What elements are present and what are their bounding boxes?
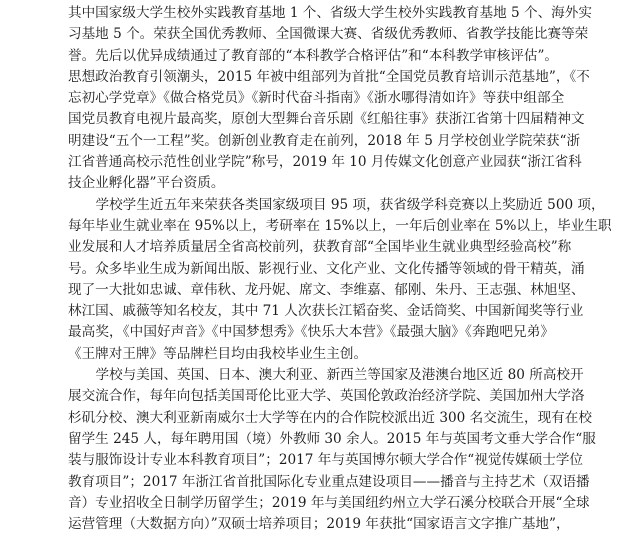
text-line: 其中国家级大学生校外实践教育基地 1 个、省级大学生校外实践教育基地 5 个、海… — [68, 3, 554, 24]
text-line: 林江国、戚薇等知名校友，其中 71 人次获长江韬奋奖、金话筒奖、中国新闻奖等行业 — [68, 301, 554, 322]
text-line: 杉矶分校、澳大利亚新南威尔士大学等在内的合作院校派出近 300 名交流生，现有在… — [68, 408, 554, 429]
text-line: 学校学生近五年来荣获各类国家级项目 95 项，获省级学科竞赛以上奖励近 500 … — [68, 195, 554, 216]
text-line: 忘初心学党章》《做合格党员》《新时代奋斗指南》《浙水哪得清如许》等获中组部全 — [68, 88, 554, 109]
text-line: 音）专业招收全日制学历留学生；2019 年与美国纽约州立大学石溪分校联合开展“全… — [68, 493, 554, 514]
text-line: 誉。先后以优异成绩通过了教育部的“本科教学合格评估”和“本科教学审核评估”。 — [68, 46, 554, 67]
paragraph-international: 学校与美国、英国、日本、澳大利亚、新西兰等国家及港澳台地区近 80 所高校开 展… — [68, 365, 554, 533]
text-line: 思想政治教育引领潮头，2015 年被中组部列为首批“全国党员教育培训示范基地”，… — [68, 67, 554, 88]
text-line: 江省普通高校示范性创业学院”称号，2019 年 10 月传媒文化创意产业园获“浙… — [68, 152, 554, 173]
paragraph-students: 学校学生近五年来荣获各类国家级项目 95 项，获省级学科竞赛以上奖励近 500 … — [68, 195, 554, 365]
text-line: 装与服饰设计专业本科教育项目”；2017 年与英国博尔顿大学合作“视觉传媒硕士学… — [68, 450, 554, 471]
document-page: 其中国家级大学生校外实践教育基地 1 个、省级大学生校外实践教育基地 5 个、海… — [68, 3, 554, 533]
text-line: 留学生 245 人，每年聘用国（境）外教师 30 余人。2015 年与英国考文垂… — [68, 429, 554, 450]
paragraph-achievements: 其中国家级大学生校外实践教育基地 1 个、省级大学生校外实践教育基地 5 个、海… — [68, 3, 554, 195]
text-line: 教育项目”；2017 年浙江省首批国际化专业重点建设项目——播音与主持艺术（双语… — [68, 472, 554, 493]
text-line: 国党员教育电视片最高奖，原创大型舞台音乐剧《红船往事》获浙江省第十四届精神文 — [68, 109, 554, 130]
text-line: 技企业孵化器”平台资质。 — [68, 173, 554, 194]
text-line: 展交流合作，每年向包括美国哥伦比亚大学、英国伦敦政治经济学院、美国加州大学洛 — [68, 386, 554, 407]
text-line: 每年毕业生就业率在 95%以上，考研率在 15%以上，一年后创业率在 5%以上，… — [68, 216, 554, 237]
text-line: 最高奖，《中国好声音》《中国梦想秀》《快乐大本营》《最强大脑》《奔跑吧兄弟》 — [68, 322, 554, 343]
text-line: 号。众多毕业生成为新闻出版、影视行业、文化产业、文化传播等领域的骨干精英，涌 — [68, 259, 554, 280]
text-line: 现了一大批如忠诚、章伟秋、龙丹妮、席文、李维嘉、郁刚、朱丹、王志强、林旭坚、 — [68, 280, 554, 301]
text-line: 业发展和人才培养质量居全省高校前列，获教育部“全国毕业生就业典型经验高校”称 — [68, 237, 554, 258]
text-line: 习基地 5 个。荣获全国优秀教师、全国微课大赛、省级优秀教师、省教学技能比赛等荣 — [68, 24, 554, 45]
text-line: 《王牌对王牌》等品牌栏目均由我校毕业生主创。 — [68, 344, 554, 365]
text-line: 运营管理（大数据方向）”双硕士培养项目；2019 年获批“国家语言文字推广基地”… — [68, 514, 554, 533]
text-line: 明建设“五个一工程”奖。创新创业教育走在前列，2018 年 5 月学校创业学院荣… — [68, 131, 554, 152]
text-line: 学校与美国、英国、日本、澳大利亚、新西兰等国家及港澳台地区近 80 所高校开 — [68, 365, 554, 386]
